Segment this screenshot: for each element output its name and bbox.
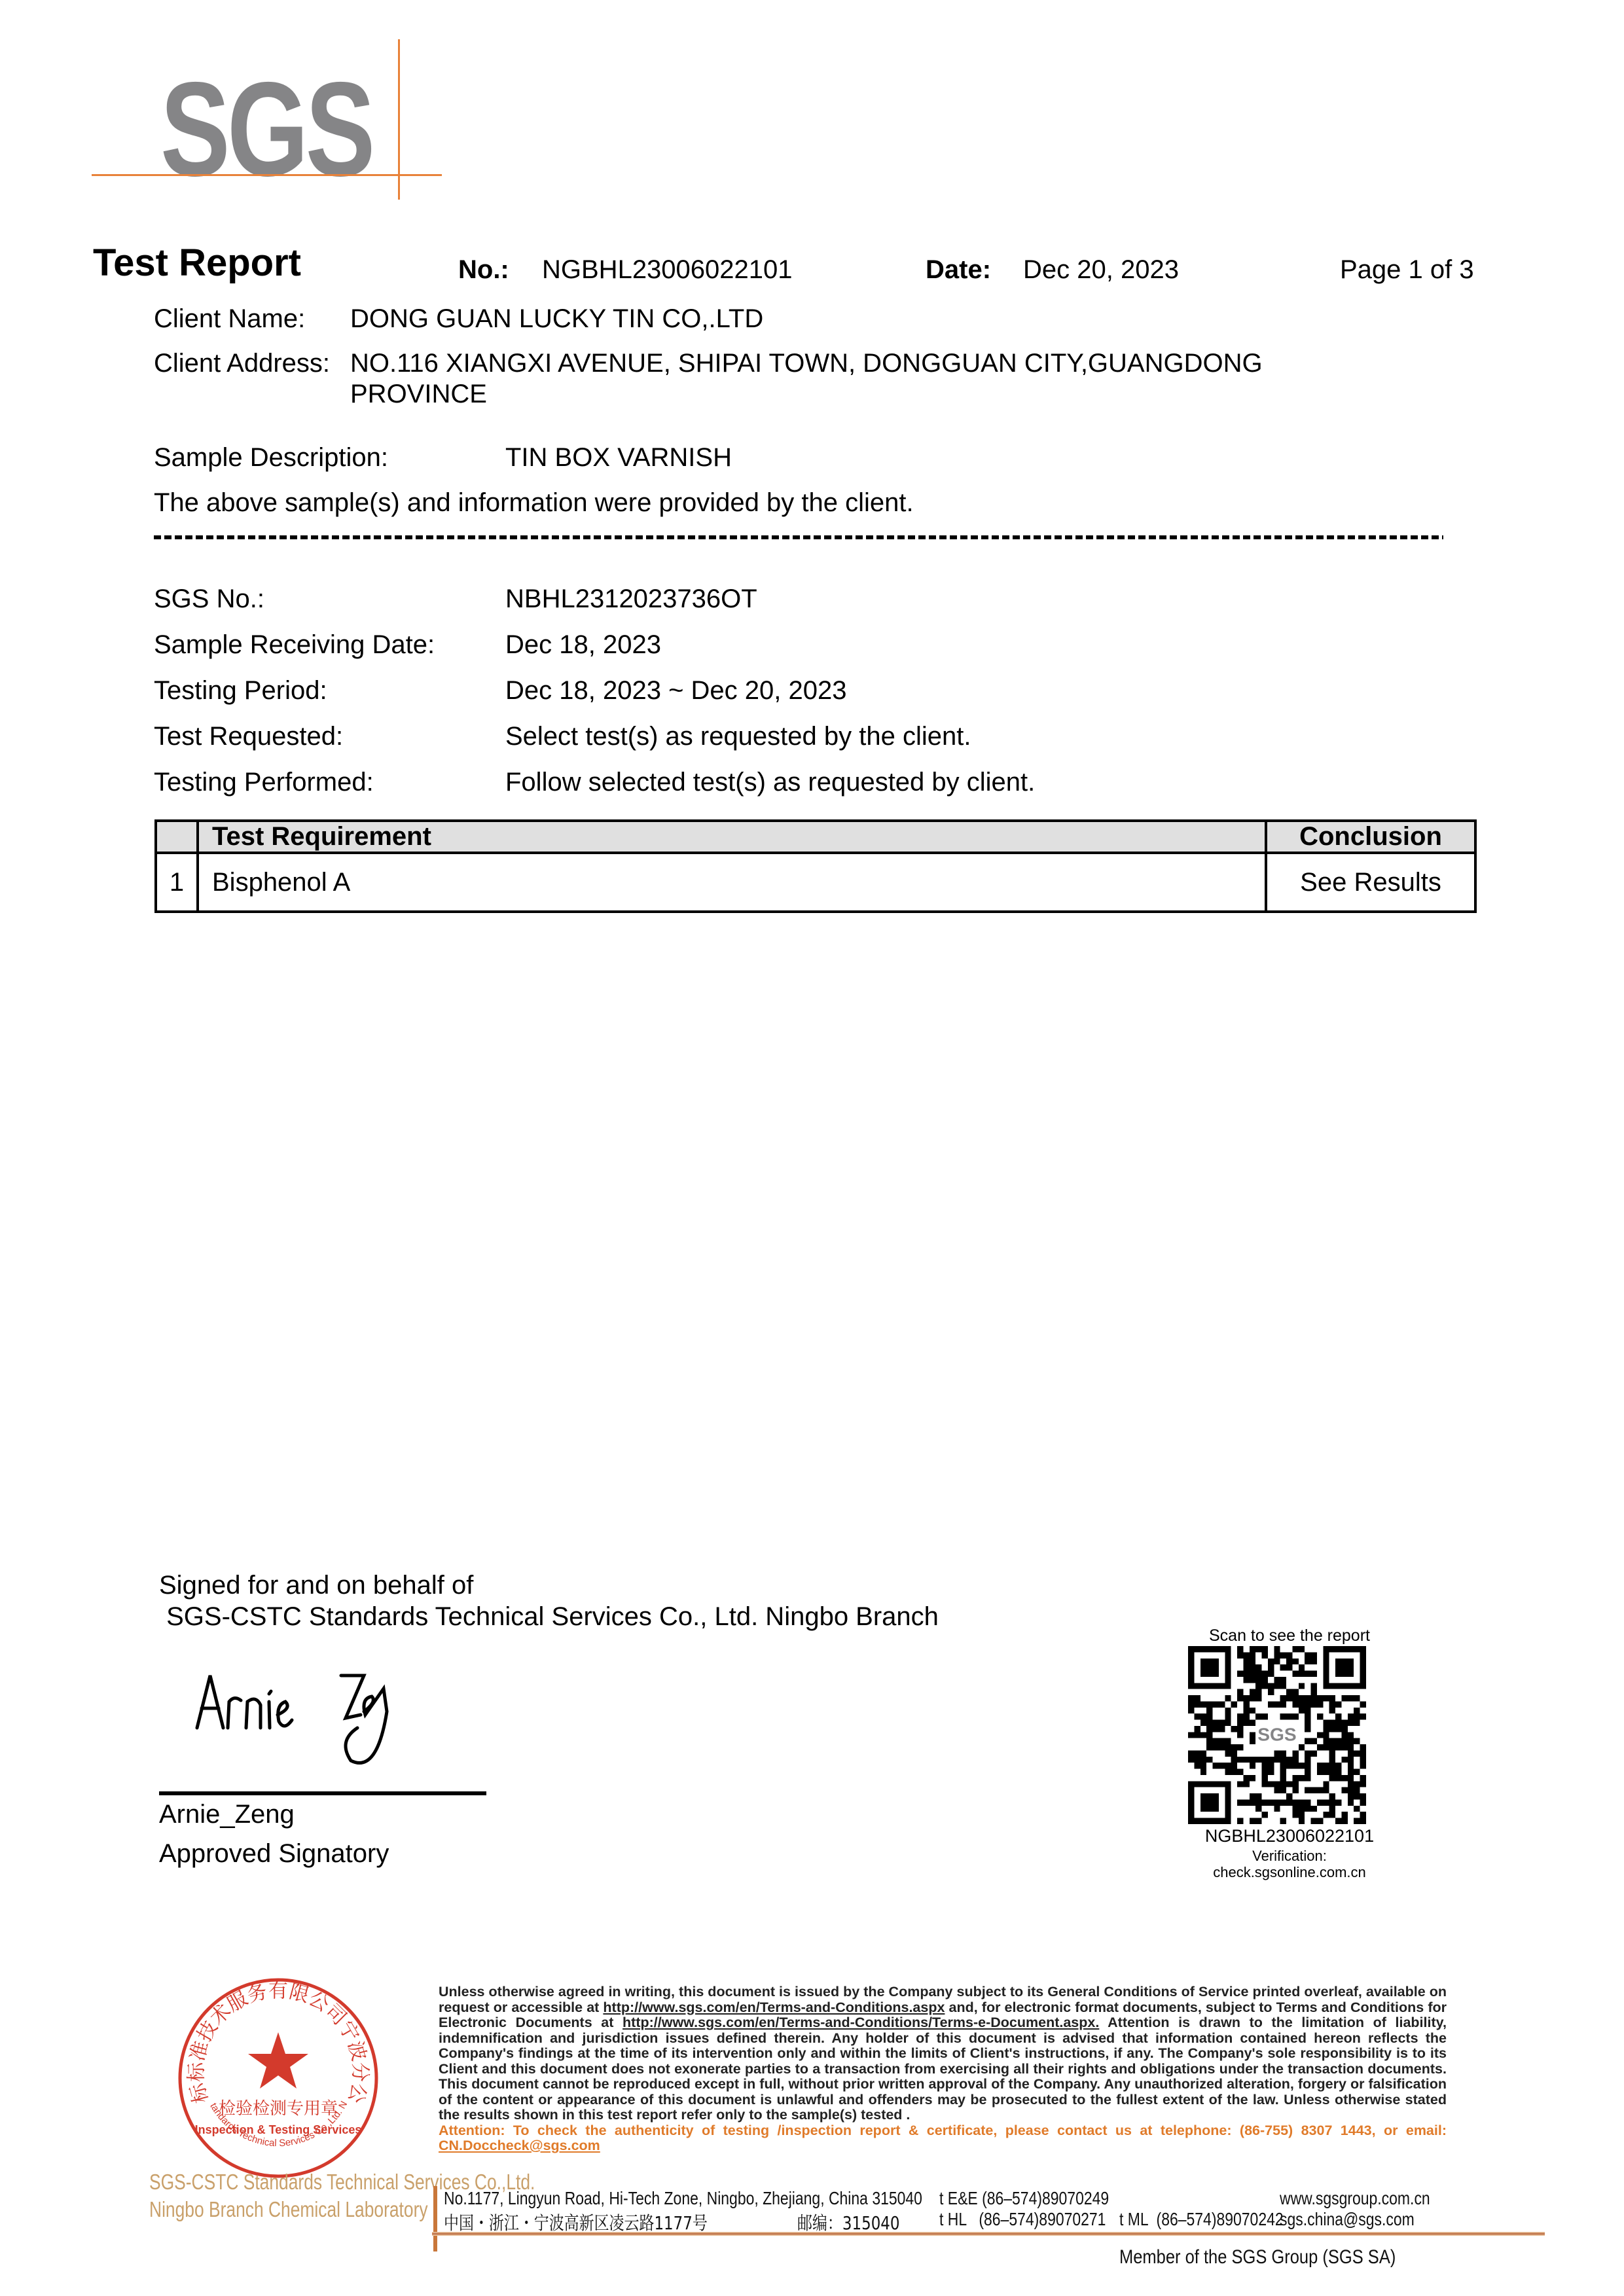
- client-name: DONG GUAN LUCKY TIN CO,.LTD: [350, 304, 763, 334]
- footer-rule: [432, 2232, 1545, 2236]
- seal-inner-english: Inspection & Testing Services: [195, 2123, 362, 2136]
- row-number: 1: [156, 853, 198, 912]
- sample-description-label: Sample Description:: [154, 443, 388, 473]
- test-requirement-table: Test Requirement Conclusion 1 Bisphenol …: [154, 819, 1477, 913]
- sgs-logo: SGS: [92, 36, 445, 187]
- sgs-number-label: SGS No.:: [154, 584, 264, 614]
- doccheck-email-link[interactable]: CN.Doccheck@sgs.com: [439, 2138, 600, 2153]
- verification-label: Verification:: [1152, 1848, 1427, 1865]
- client-address-label: Client Address:: [154, 349, 330, 378]
- testing-performed: Follow selected test(s) as requested by …: [505, 768, 1035, 797]
- sgs-number: NBHL2312023736OT: [505, 584, 757, 614]
- report-number-label: No.:: [458, 255, 509, 285]
- row-conclusion: See Results: [1266, 853, 1475, 912]
- company-seal: 通标标准技术服务有限公司宁波分公司 SGS-CSTC Standards Tec…: [170, 1970, 386, 2186]
- signing-company: SGS-CSTC Standards Technical Services Co…: [159, 1602, 939, 1632]
- telephone-ee: t E&E (86–574)89070249: [939, 2188, 1109, 2209]
- signature-line: [159, 1791, 486, 1795]
- column-header-number: [156, 821, 198, 853]
- report-date: Dec 20, 2023: [1023, 255, 1179, 285]
- testing-period-label: Testing Period:: [154, 676, 327, 706]
- sample-description: TIN BOX VARNISH: [505, 443, 732, 473]
- sample-provided-note: The above sample(s) and information were…: [154, 488, 914, 518]
- terms-e-document-link[interactable]: http://www.sgs.com/en/Terms-and-Conditio…: [623, 2015, 1099, 2030]
- date-label: Date:: [926, 255, 991, 285]
- sgs-membership: Member of the SGS Group (SGS SA): [1119, 2246, 1396, 2269]
- qr-code[interactable]: SGS: [1188, 1646, 1366, 1824]
- testing-period: Dec 18, 2023 ~ Dec 20, 2023: [505, 676, 846, 706]
- report-number: NGBHL23006022101: [542, 255, 793, 285]
- telephone-hl: t HL (86–574)89070271: [939, 2209, 1106, 2230]
- sgs-logo-text: SGS: [160, 62, 372, 196]
- receiving-date-label: Sample Receiving Date:: [154, 630, 435, 660]
- test-requested-label: Test Requested:: [154, 722, 343, 751]
- client-address-line2: PROVINCE: [350, 380, 487, 409]
- qr-report-number: NGBHL23006022101: [1152, 1826, 1427, 1846]
- legal-disclaimer: Unless otherwise agreed in writing, this…: [439, 1984, 1447, 2154]
- postcode: 邮编：315040: [797, 2209, 900, 2235]
- qr-center-logo: SGS: [1257, 1724, 1296, 1744]
- website[interactable]: www.sgsgroup.com.cn: [1280, 2188, 1430, 2209]
- address-accent-bar: [433, 2186, 437, 2251]
- signed-on-behalf-label: Signed for and on behalf of: [159, 1571, 473, 1600]
- column-header-test-requirement: Test Requirement: [198, 821, 1266, 853]
- seal-outer-chinese: 通标标准技术服务有限公司宁波分公司: [170, 1970, 371, 2106]
- telephone-ml: t ML (86–574)89070242: [1119, 2209, 1284, 2230]
- client-address-line1: NO.116 XIANGXI AVENUE, SHIPAI TOWN, DONG…: [350, 349, 1263, 378]
- test-requested: Select test(s) as requested by the clien…: [505, 722, 971, 751]
- table-row: 1 Bisphenol A See Results: [156, 853, 1475, 912]
- handwritten-signature: [161, 1649, 488, 1780]
- dashed-divider: [154, 535, 1443, 539]
- testing-performed-label: Testing Performed:: [154, 768, 374, 797]
- table-header-row: Test Requirement Conclusion: [156, 821, 1475, 853]
- qr-caption: Scan to see the report: [1152, 1626, 1427, 1645]
- page-title: Test Report: [93, 241, 301, 285]
- row-test-requirement: Bisphenol A: [198, 853, 1266, 912]
- seal-inner-chinese: 检验检测专用章: [219, 2099, 338, 2119]
- signatory-role: Approved Signatory: [159, 1839, 389, 1869]
- address-english: No.1177, Lingyun Road, Hi-Tech Zone, Nin…: [444, 2188, 922, 2209]
- column-header-conclusion: Conclusion: [1266, 821, 1475, 853]
- receiving-date: Dec 18, 2023: [505, 630, 661, 660]
- terms-conditions-link[interactable]: http://www.sgs.com/en/Terms-and-Conditio…: [603, 2000, 945, 2015]
- contact-email[interactable]: sgs.china@sgs.com: [1280, 2209, 1415, 2230]
- logo-horizontal-rule: [92, 174, 442, 176]
- verification-url[interactable]: check.sgsonline.com.cn: [1152, 1864, 1427, 1881]
- client-name-label: Client Name:: [154, 304, 305, 334]
- star-icon: [248, 2032, 308, 2089]
- page-indicator: Page 1 of 3: [1340, 255, 1474, 285]
- authenticity-notice: Attention: To check the authenticity of …: [439, 2123, 1447, 2154]
- address-chinese: 中国・浙江・宁波高新区凌云路1177号: [444, 2209, 708, 2235]
- logo-vertical-rule: [398, 39, 400, 200]
- svg-text:通标标准技术服务有限公司宁波分公司: 通标标准技术服务有限公司宁波分公司: [170, 1970, 371, 2106]
- signatory-name: Arnie_Zeng: [159, 1800, 295, 1829]
